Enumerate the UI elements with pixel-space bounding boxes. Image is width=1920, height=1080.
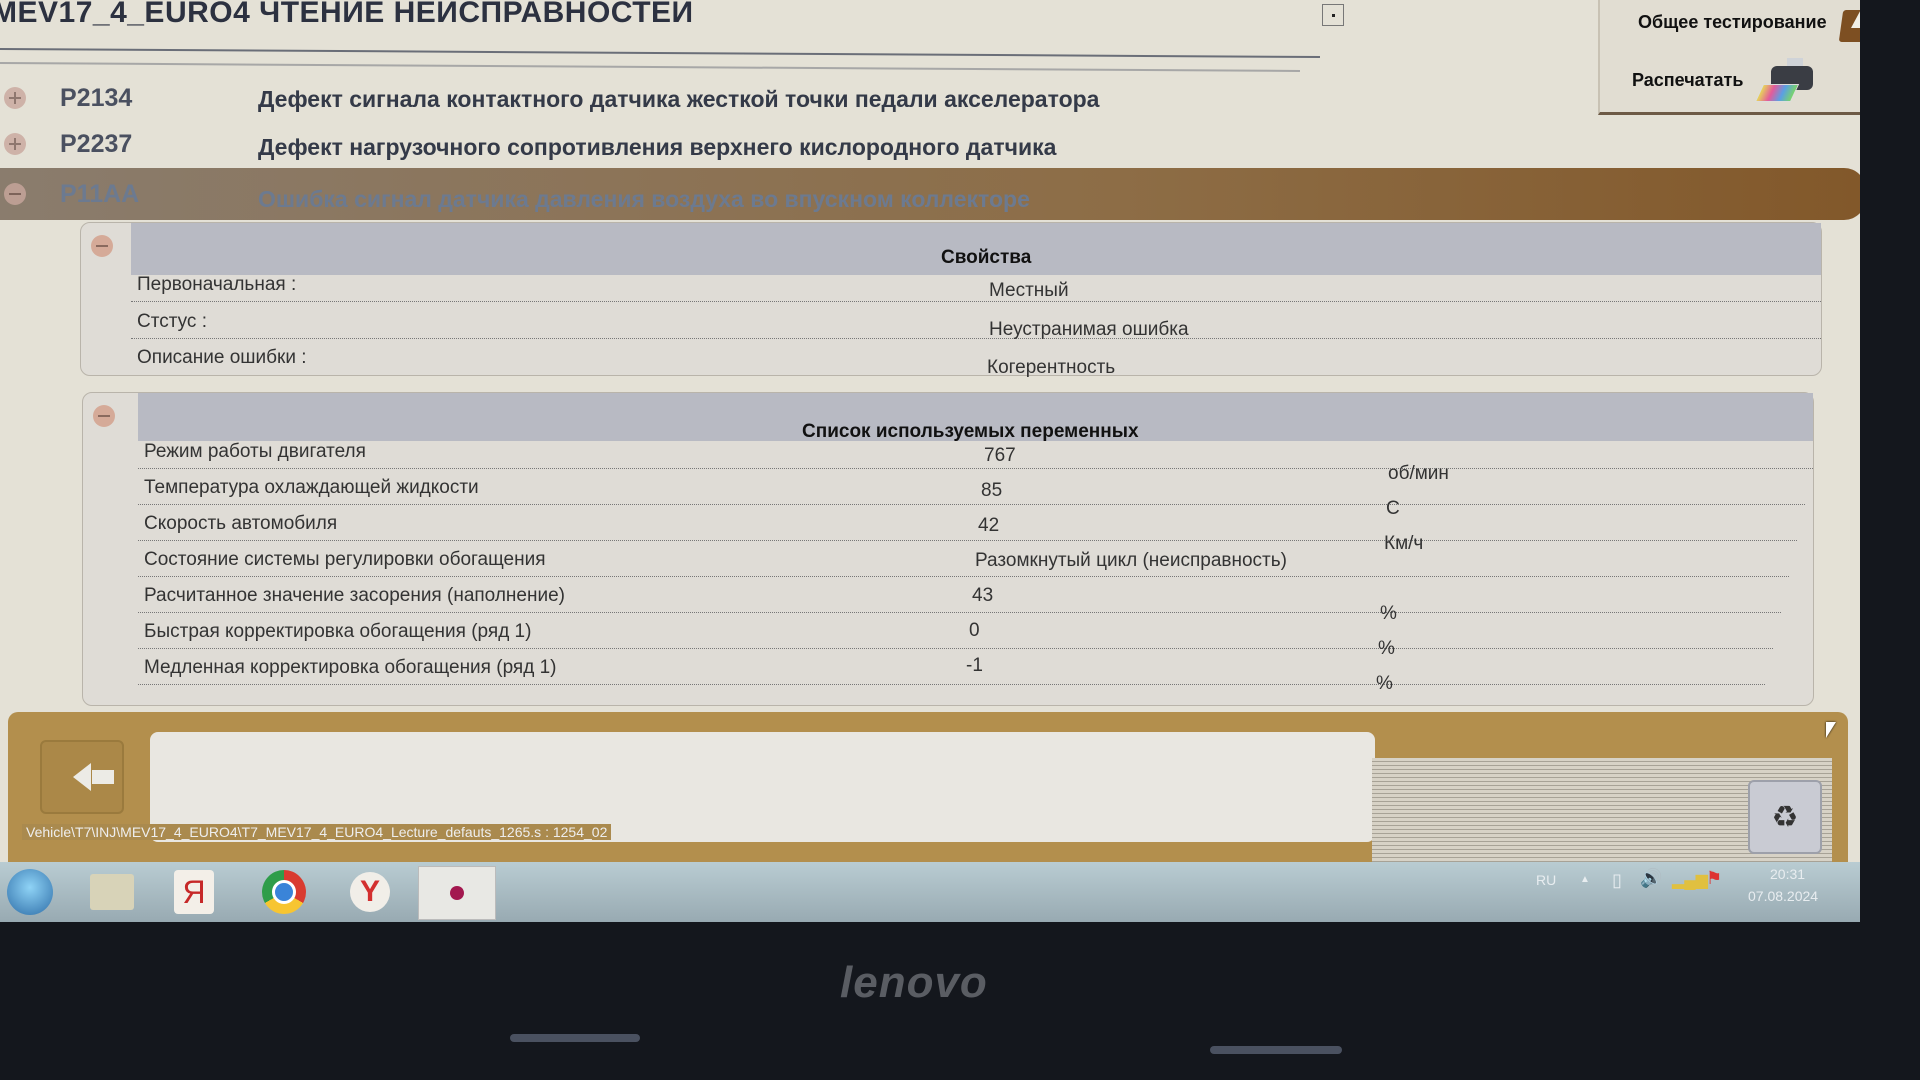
variable-row: Расчитанное значение засорения (наполнен…	[138, 579, 1781, 613]
property-value: Местный	[989, 280, 1069, 302]
collapse-minus-icon[interactable]	[91, 235, 113, 257]
fault-code: P2237	[60, 130, 132, 159]
property-row: Стстус : Неустранимая ошибка	[131, 305, 1821, 339]
property-row: Первоначальная : Местный	[131, 268, 1821, 302]
variable-value: 85	[981, 480, 1002, 502]
lenovo-logo: lenovo	[840, 958, 988, 1008]
variable-value: 43	[972, 585, 993, 607]
fault-description: Ошибка сигнал датчика давления воздуха в…	[258, 186, 1030, 213]
variable-value: 0	[969, 620, 980, 642]
battery-icon[interactable]: ▯	[1612, 870, 1622, 891]
property-label: Стстус :	[137, 311, 207, 333]
variables-group: Список используемых переменных Режим раб…	[82, 392, 1814, 706]
expand-plus-icon[interactable]	[4, 87, 26, 109]
bezel-hinge	[510, 1034, 640, 1042]
taskbar-yandex-browser[interactable]: Y	[342, 866, 398, 918]
collapse-minus-icon[interactable]	[4, 183, 26, 205]
print-button[interactable]: Распечатать	[1632, 58, 1817, 102]
property-value: Когерентность	[987, 357, 1115, 379]
title-divider-2	[0, 62, 1300, 72]
fault-row[interactable]: P2134 Дефект сигнала контактного датчика…	[0, 76, 1300, 120]
variable-value: 42	[978, 515, 999, 537]
variable-value: -1	[966, 655, 983, 677]
action-center-flag-icon[interactable]: ⚑	[1706, 868, 1722, 889]
variable-row: Быстрая корректировка обогащения (ряд 1)…	[138, 615, 1773, 649]
windows-logo-icon	[7, 869, 53, 915]
folder-icon	[90, 874, 134, 910]
variable-row: Состояние системы регулировки обогащения…	[138, 543, 1789, 577]
variable-row: Медленная корректировка обогащения (ряд …	[138, 651, 1765, 685]
variable-label: Расчитанное значение засорения (наполнен…	[144, 585, 565, 607]
properties-group: Свойства Первоначальная : Местный Стстус…	[80, 222, 1822, 376]
collapse-minus-icon[interactable]	[93, 405, 115, 427]
page-title: MEV17_4_EURO4 ЧТЕНИЕ НЕИСПРАВНОСТЕЙ	[0, 0, 694, 30]
taskbar: Я Y RU ▲ ▯ 🔊 ▂▄▆ ⚑ 20:31 07.08.2024	[0, 862, 1860, 922]
fault-code: P11AA	[60, 180, 139, 209]
variables-header: Список используемых переменных	[138, 393, 1813, 441]
variable-value: Разомкнутый цикл (неисправность)	[975, 550, 1287, 572]
window-maximize-button[interactable]	[1322, 4, 1344, 26]
general-test-button[interactable]: Общее тестирование !	[1638, 2, 1860, 42]
property-label: Первоначальная :	[137, 274, 296, 296]
language-indicator[interactable]: RU	[1536, 872, 1556, 888]
volume-icon[interactable]: 🔊	[1640, 868, 1662, 889]
arrow-left-icon	[73, 763, 91, 791]
warning-folder-icon: !	[1841, 2, 1860, 42]
property-value: Неустранимая ошибка	[989, 319, 1189, 341]
diagnostic-window: MEV17_4_EURO4 ЧТЕНИЕ НЕИСПРАВНОСТЕЙ Обще…	[0, 0, 1860, 922]
fault-code: P2134	[60, 84, 132, 113]
mouse-cursor	[1826, 722, 1836, 738]
fault-row[interactable]: P2237 Дефект нагрузочного сопротивления …	[0, 122, 1300, 166]
yandex-y-icon: Y	[350, 872, 390, 912]
fault-description: Дефект нагрузочного сопротивления верхне…	[258, 134, 1056, 161]
property-label: Описание ошибки :	[137, 347, 307, 369]
record-dot-icon	[450, 886, 464, 900]
print-label: Распечатать	[1632, 70, 1743, 91]
variable-label: Скорость автомобиля	[144, 513, 337, 535]
taskbar-chrome[interactable]	[256, 866, 312, 918]
variable-row: Скорость автомобиля42Км/ч	[138, 507, 1797, 541]
bezel-hinge	[1210, 1046, 1342, 1054]
variable-row: Температура охлаждающей жидкости85С	[138, 471, 1805, 505]
property-row: Описание ошибки : Когерентность	[131, 341, 1821, 374]
variable-row: Режим работы двигателя767об/мин	[138, 435, 1813, 469]
variable-label: Медленная корректировка обогащения (ряд …	[144, 657, 556, 679]
back-button[interactable]	[40, 740, 124, 814]
recycle-bin-button[interactable]: ♻	[1748, 780, 1822, 854]
tray-expand-icon[interactable]: ▲	[1580, 874, 1590, 885]
general-test-label: Общее тестирование	[1638, 12, 1827, 33]
recycle-icon: ♻	[1772, 800, 1799, 835]
yandex-ya-icon: Я	[174, 870, 214, 914]
chrome-icon	[262, 870, 306, 914]
network-icon[interactable]: ▂▄▆	[1672, 870, 1708, 890]
variable-unit: %	[1376, 673, 1393, 695]
side-panel: Общее тестирование ! Распечатать	[1598, 0, 1860, 115]
expand-plus-icon[interactable]	[4, 133, 26, 155]
printer-icon	[1757, 58, 1817, 102]
clock-date[interactable]: 07.08.2024	[1748, 888, 1818, 904]
fault-row-selected[interactable]: P11AA Ошибка сигнал датчика давления воз…	[0, 168, 1860, 220]
variable-label: Температура охлаждающей жидкости	[144, 477, 479, 499]
start-button[interactable]	[2, 866, 58, 918]
taskbar-explorer[interactable]	[84, 866, 140, 918]
fault-description: Дефект сигнала контактного датчика жестк…	[258, 86, 1099, 113]
variable-label: Быстрая корректировка обогащения (ряд 1)	[144, 621, 531, 643]
taskbar-recorder[interactable]	[418, 866, 496, 920]
clock-time[interactable]: 20:31	[1770, 866, 1805, 882]
variable-value: 767	[984, 445, 1016, 467]
variable-label: Состояние системы регулировки обогащения	[144, 549, 546, 571]
script-path: Vehicle\T7\INJ\MEV17_4_EURO4\T7_MEV17_4_…	[22, 824, 611, 840]
taskbar-yandex[interactable]: Я	[166, 866, 222, 918]
variable-label: Режим работы двигателя	[144, 441, 366, 463]
title-divider	[0, 48, 1320, 58]
